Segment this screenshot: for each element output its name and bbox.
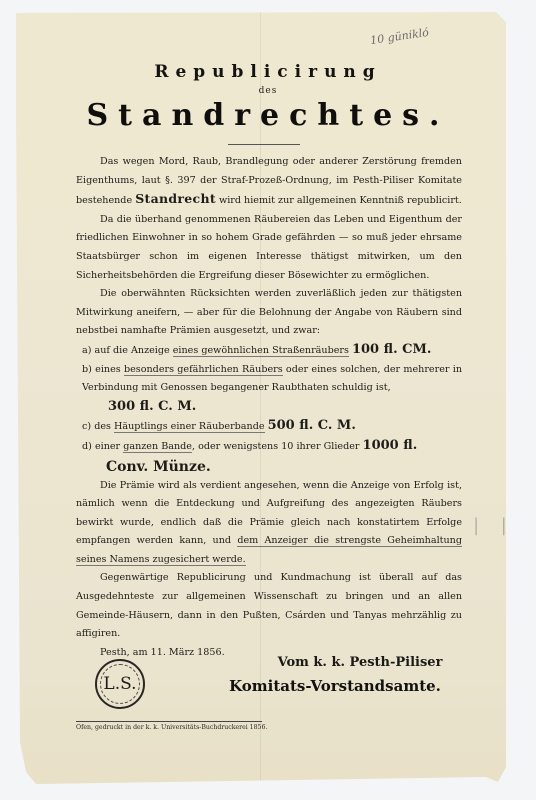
- reward-underlined: Häuptlings einer Räuberbande: [114, 421, 265, 433]
- title-standrechtes: Standrechtes.: [0, 98, 536, 133]
- reward-item-a: a) auf die Anzeige eines gewöhnlichen St…: [76, 341, 462, 361]
- paragraph-1-text-b: wird hiemit zur allgemeinen Kenntniß rep…: [216, 195, 462, 206]
- reward-item-b-amount: 300 fl. C. M.: [76, 398, 462, 418]
- notice-body: Das wegen Mord, Raub, Brandlegung oder a…: [76, 153, 462, 662]
- title-republicirung: Republicirung: [0, 62, 536, 82]
- printer-divider: [76, 721, 262, 722]
- reward-underlined: besonders gefährlichen Räubers: [124, 364, 283, 376]
- paragraph-5: Gegenwärtige Republicirung und Kundmachu…: [76, 569, 462, 643]
- reward-text: einer: [95, 441, 123, 452]
- reward-label: c): [82, 421, 91, 432]
- reward-label: a): [82, 345, 91, 356]
- paragraph-3: Die oberwähnten Rücksichten werden zuver…: [76, 285, 462, 341]
- reward-amount: 500 fl. C. M.: [268, 418, 356, 433]
- seal-text: L.S.: [103, 674, 136, 694]
- reward-amount: 300 fl. C. M.: [108, 399, 196, 414]
- paragraph-2: Da die überhand genommenen Räubereien da…: [76, 211, 462, 285]
- title-des: des: [0, 86, 536, 96]
- signature-line-2: Komitats-Vorstandsamte.: [205, 677, 465, 695]
- reward-label: b): [82, 364, 92, 375]
- paragraph-1: Das wegen Mord, Raub, Brandlegung oder a…: [76, 153, 462, 211]
- reward-amount: 1000 fl.: [363, 438, 418, 453]
- reward-text: auf die Anzeige: [95, 345, 173, 356]
- title-divider: [228, 144, 300, 145]
- signature-line-1: Vom k. k. Pesth-Piliser: [250, 655, 470, 670]
- reward-item-c: c) des Häuptlings einer Räuberbande 500 …: [76, 417, 462, 437]
- reward-label: d): [82, 441, 92, 452]
- paragraph-4: Die Prämie wird als verdient angesehen, …: [76, 477, 462, 570]
- standrecht-emphasis: Standrecht: [135, 191, 216, 206]
- reward-underlined: ganzen Bande: [123, 441, 192, 453]
- reward-item-b: b) eines besonders gefährlichen Räubers …: [76, 361, 462, 398]
- reward-underlined: eines gewöhnlichen Straßenräubers: [173, 345, 349, 357]
- reward-text: eines: [95, 364, 124, 375]
- reward-item-d: d) einer ganzen Bande, oder wenigstens 1…: [76, 437, 462, 457]
- conv-muenze: Conv. Münze.: [76, 457, 462, 477]
- printer-imprint: Ofen, gedruckt in der k. k. Universitäts…: [76, 724, 267, 731]
- reward-text: , oder wenigstens 10 ihrer Glieder: [192, 441, 363, 452]
- reward-amount: 100 fl. CM.: [352, 342, 431, 357]
- reward-text: des: [94, 421, 114, 432]
- pencil-margin-marks: | |: [473, 515, 515, 536]
- seal-stamp-icon: L.S.: [95, 659, 145, 709]
